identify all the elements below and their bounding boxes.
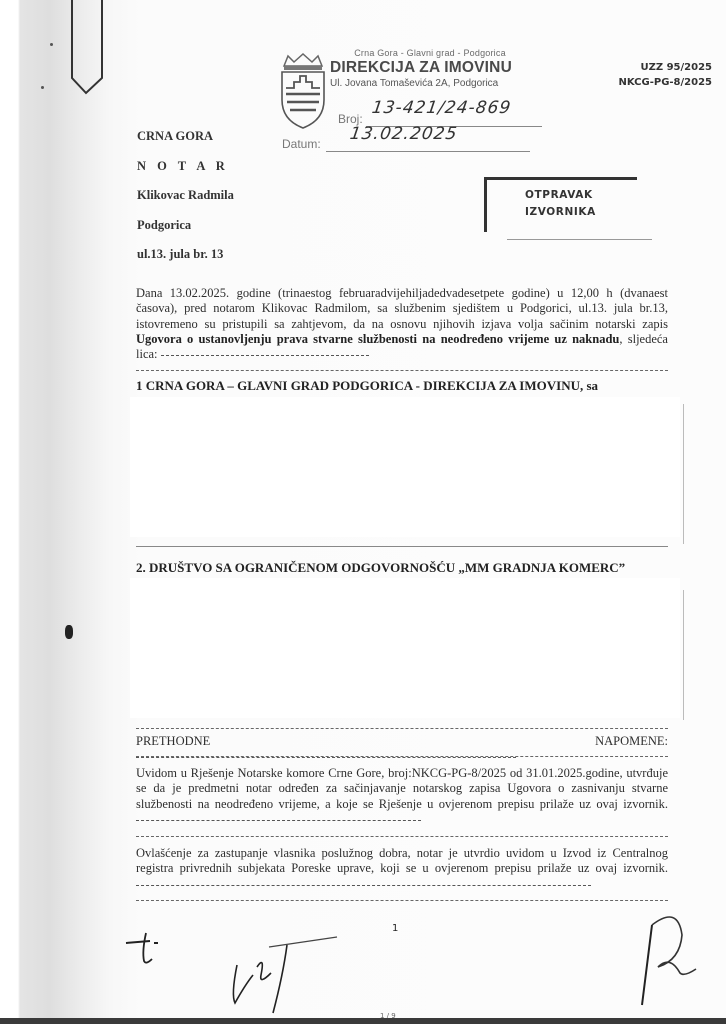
party-1-title: 1 CRNA GORA – GLAVNI GRAD PODGORICA - DI… bbox=[136, 378, 676, 394]
document-page: Crna Gora - Glavni grad - Podgorica DIRE… bbox=[0, 0, 726, 1024]
separator-line bbox=[136, 370, 668, 371]
separator-line bbox=[136, 836, 668, 837]
redacted-block bbox=[130, 397, 680, 537]
staple-icon bbox=[70, 0, 104, 95]
notary-city: Podgorica bbox=[137, 211, 234, 241]
broj-value: 13-421/24-869 bbox=[371, 98, 513, 118]
copy-stamp-line1: OTPRAVAK bbox=[525, 187, 596, 204]
contract-name: Ugovora o ustanovljenju prava stvarne sl… bbox=[136, 332, 619, 346]
signature-1-icon bbox=[120, 925, 200, 975]
party-2-title: 2. DRUŠTVO SA OGRANIČENOM ODGOVORNOŠĆU „… bbox=[136, 560, 676, 576]
separator-line bbox=[136, 728, 668, 729]
notes-heading-row: PRETHODNE NAPOMENE: bbox=[136, 734, 668, 765]
intro-paragraph: Dana 13.02.2025. godine (trinaestog febr… bbox=[136, 286, 668, 362]
case-reference: UZZ 95/2025 NKCG-PG-8/2025 bbox=[619, 60, 713, 90]
datum-label: Datum: bbox=[282, 137, 321, 151]
notes-paragraph-2: Ovlašćenje za zastupanje vlasnika posluž… bbox=[136, 846, 668, 892]
stamp-line1: Crna Gora - Glavni grad - Podgorica bbox=[330, 48, 530, 58]
stamp-datum-row: Datum: bbox=[282, 137, 321, 151]
scan-speck bbox=[50, 43, 53, 46]
reference-line1: UZZ 95/2025 bbox=[619, 60, 713, 75]
signature-2-icon bbox=[225, 935, 345, 1015]
notary-country: CRNA GORA bbox=[137, 122, 234, 152]
copy-stamp: OTPRAVAK IZVORNIKA bbox=[484, 177, 637, 232]
separator-line bbox=[136, 900, 668, 901]
signature-3-icon bbox=[640, 905, 710, 1010]
reference-line2: NKCG-PG-8/2025 bbox=[619, 75, 713, 90]
page-number: 1 bbox=[392, 923, 398, 934]
datum-value: 13.02.2025 bbox=[349, 124, 459, 144]
registry-stamp: Crna Gora - Glavni grad - Podgorica DIRE… bbox=[330, 48, 530, 89]
separator-line bbox=[136, 756, 668, 757]
notary-address: ul.13. jula br. 13 bbox=[137, 240, 234, 270]
notary-title: N O T A R bbox=[137, 152, 234, 182]
notes-heading: PRETHODNE NAPOMENE: bbox=[136, 734, 668, 748]
stamp-address: Ul. Jovana Tomaševića 2A, Podgorica bbox=[330, 78, 530, 89]
scan-edge bbox=[0, 1018, 726, 1024]
punch-hole-mark bbox=[65, 625, 73, 639]
scan-speck bbox=[41, 86, 44, 89]
redacted-block bbox=[130, 578, 680, 718]
notary-name: Klikovac Radmila bbox=[137, 181, 234, 211]
stamp-title: DIREKCIJA ZA IMOVINU bbox=[330, 59, 530, 77]
coat-of-arms-icon bbox=[278, 52, 328, 130]
notes-paragraph-1: Uvidom u Rješenje Notarske komore Crne G… bbox=[136, 766, 668, 827]
copy-stamp-line2: IZVORNIKA bbox=[525, 204, 596, 221]
notary-header: CRNA GORA N O T A R Klikovac Radmila Pod… bbox=[137, 122, 234, 270]
separator-line bbox=[136, 546, 668, 547]
